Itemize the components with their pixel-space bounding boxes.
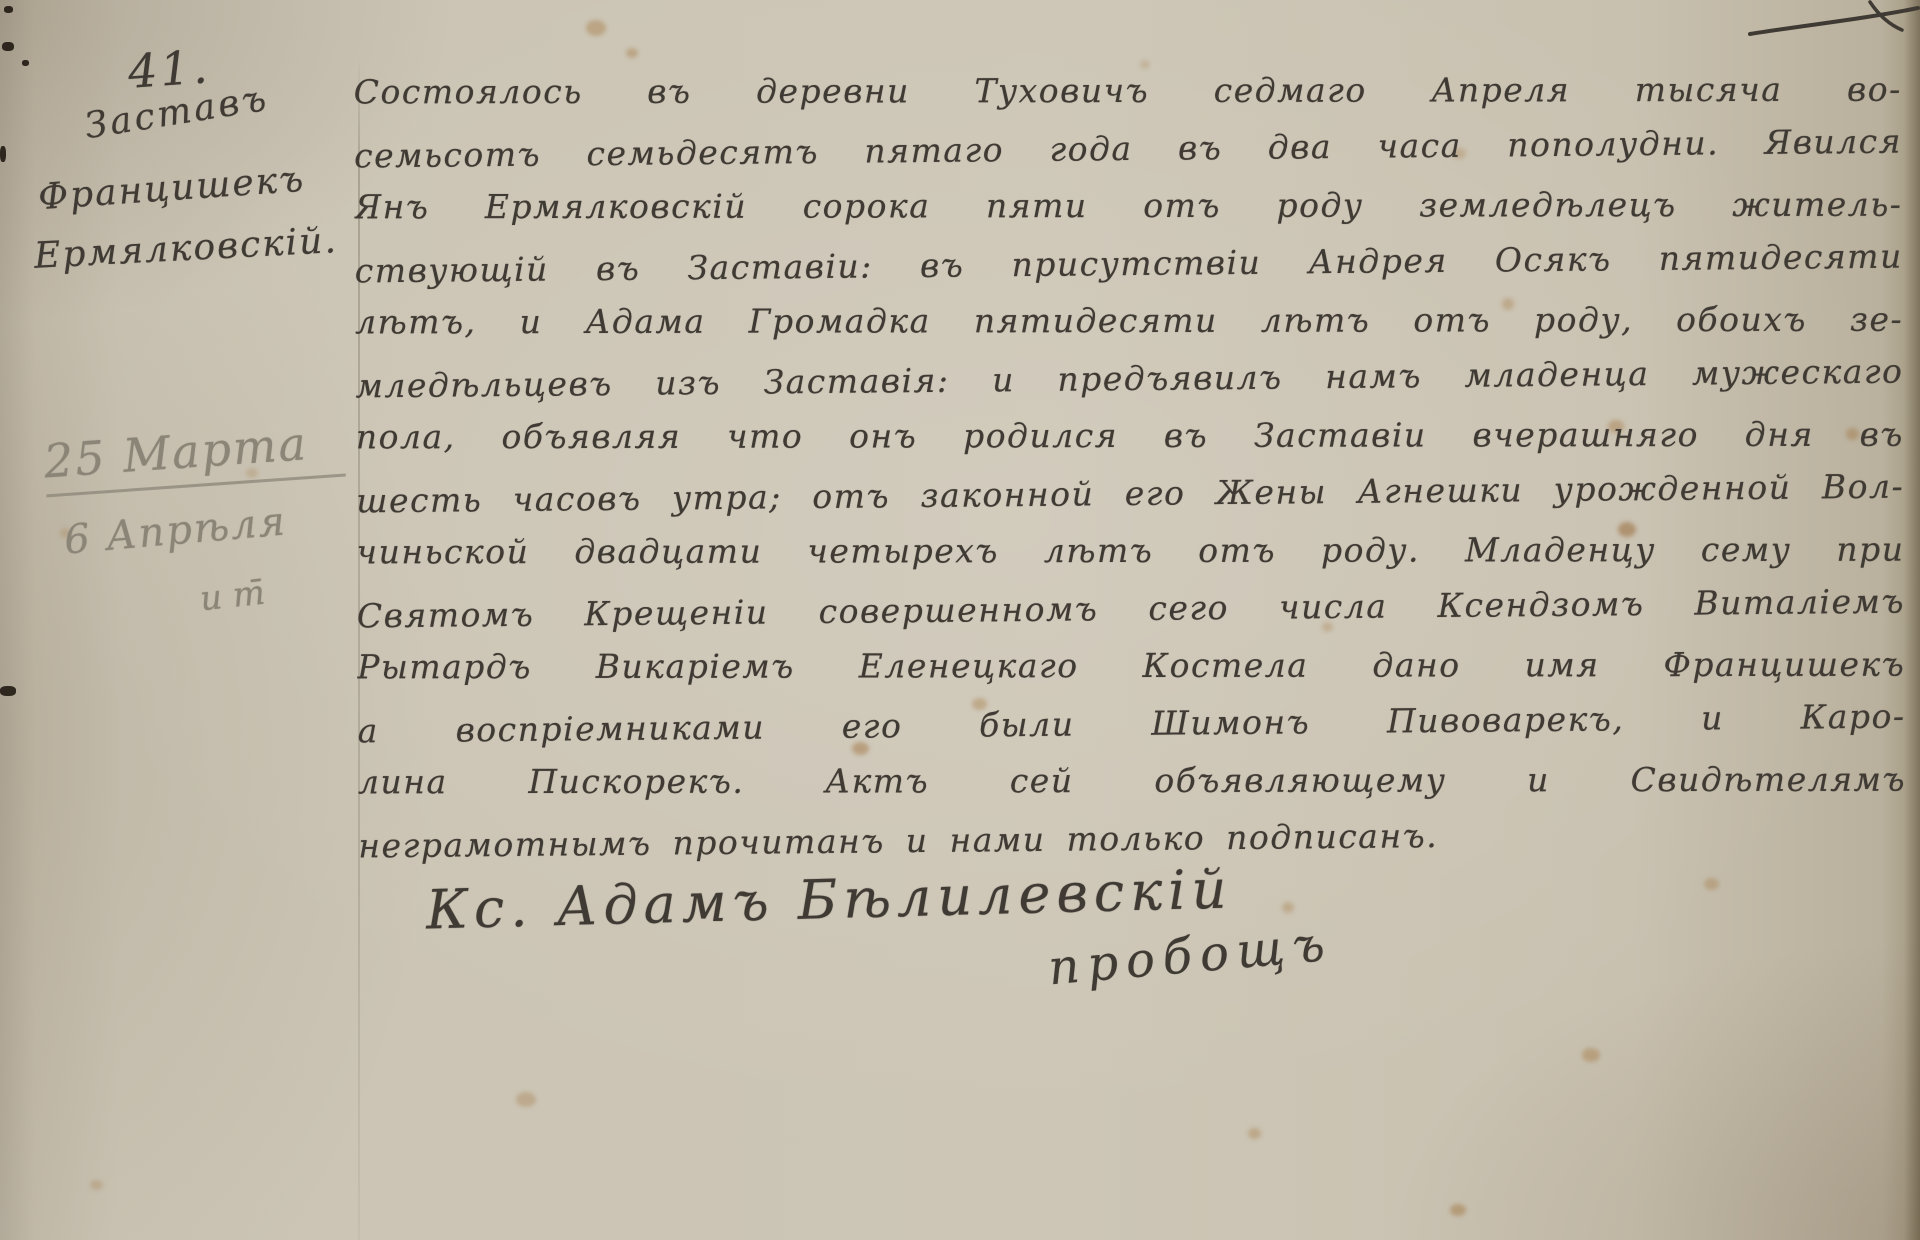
record-line: чиньской двадцати четырехъ лѣтъ отъ роду… bbox=[356, 521, 1904, 581]
page-right-edge-shadow bbox=[1904, 0, 1920, 1240]
foxing-spot bbox=[1282, 902, 1294, 913]
priest-signature-title: пробощъ bbox=[1046, 916, 1335, 997]
foxing-spot bbox=[90, 1180, 103, 1190]
pencil-note: и т̄ bbox=[198, 573, 267, 620]
record-line: шесть часовъ утра; отъ законной его Жены… bbox=[356, 457, 1904, 529]
record-line: Святомъ Крещеніи совершенномъ сего числа… bbox=[357, 572, 1905, 644]
edge-speck bbox=[22, 60, 29, 66]
record-body: Состоялось въ деревни Туховичъ седмаго А… bbox=[354, 57, 1907, 871]
foxing-spot bbox=[1704, 878, 1719, 890]
foxing-spot bbox=[1248, 1128, 1261, 1139]
record-line: Янъ Ермялковскій сорока пяти отъ роду зе… bbox=[354, 176, 1902, 236]
edge-speck bbox=[4, 6, 13, 13]
foxing-spot bbox=[626, 48, 638, 58]
margin-title-line: Францишекъ bbox=[37, 159, 307, 219]
record-line: семьсотъ семьдесятъ пятаго года въ два ч… bbox=[354, 112, 1902, 184]
foxing-spot bbox=[1450, 1204, 1466, 1216]
page-corner-pen-flourish bbox=[1720, 0, 1920, 46]
record-line: Состоялось въ деревни Туховичъ седмаго А… bbox=[354, 61, 1902, 121]
record-line: Рытардъ Викаріемъ Еленецкаго Костела дан… bbox=[357, 636, 1905, 696]
record-line: а воспріемниками его были Шимонъ Пивовар… bbox=[357, 687, 1905, 759]
pencil-date-new-style: 6 Апрѣля bbox=[62, 498, 288, 563]
pencil-date-old-style: 25 Марта bbox=[42, 414, 346, 498]
foxing-spot bbox=[516, 1092, 536, 1107]
register-page-photo: 41. Заставъ Францишекъ Ермялковскій. 25 … bbox=[0, 0, 1920, 1240]
foxing-spot bbox=[586, 20, 606, 36]
edge-speck bbox=[2, 42, 14, 51]
record-line: лина Пискорекъ. Актъ сей объявляющему и … bbox=[358, 751, 1906, 811]
record-line: лѣтъ, и Адама Громадка пятидесяти лѣтъ о… bbox=[355, 291, 1903, 351]
record-line: мледѣльцевъ изъ Заставія: и предъявилъ н… bbox=[355, 342, 1903, 414]
edge-speck bbox=[0, 686, 16, 696]
record-line: пола, объявляя что онъ родился въ Застав… bbox=[356, 406, 1904, 466]
foxing-spot bbox=[1582, 1048, 1600, 1062]
edge-speck bbox=[0, 146, 6, 162]
margin-title-line: Ермялковскій. bbox=[33, 220, 339, 277]
record-line: ствующій въ Заставіи: въ присутствіи Анд… bbox=[355, 227, 1903, 299]
